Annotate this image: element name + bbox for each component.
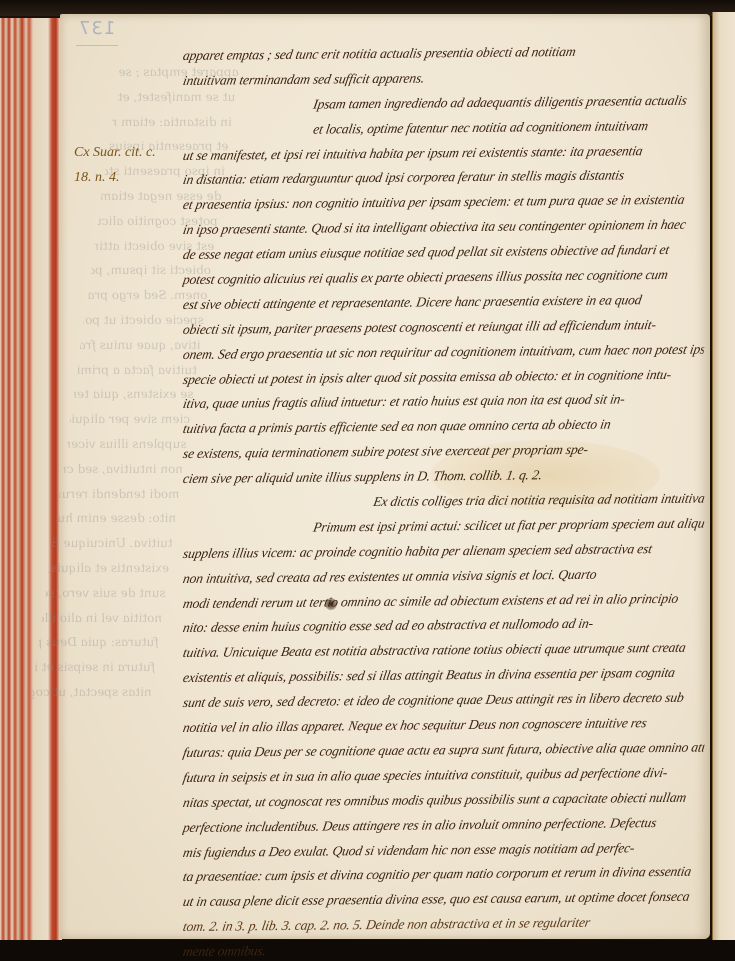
folio-underline bbox=[76, 45, 118, 46]
margin-citation-line: 18. n. 4. bbox=[74, 165, 156, 190]
margin-citation-line: Cx Suar. cit. c. bbox=[74, 140, 156, 165]
manuscript-line: mente omnibus. bbox=[181, 935, 706, 961]
page-edges-red bbox=[0, 18, 62, 948]
facing-page-edge bbox=[712, 12, 735, 942]
margin-citation: Cx Suar. cit. c. 18. n. 4. bbox=[74, 140, 156, 190]
manuscript-text-block: apparet emptas ; sed tunc erit notitia a… bbox=[183, 44, 703, 961]
folio-pencil-number: 137 bbox=[78, 18, 115, 39]
